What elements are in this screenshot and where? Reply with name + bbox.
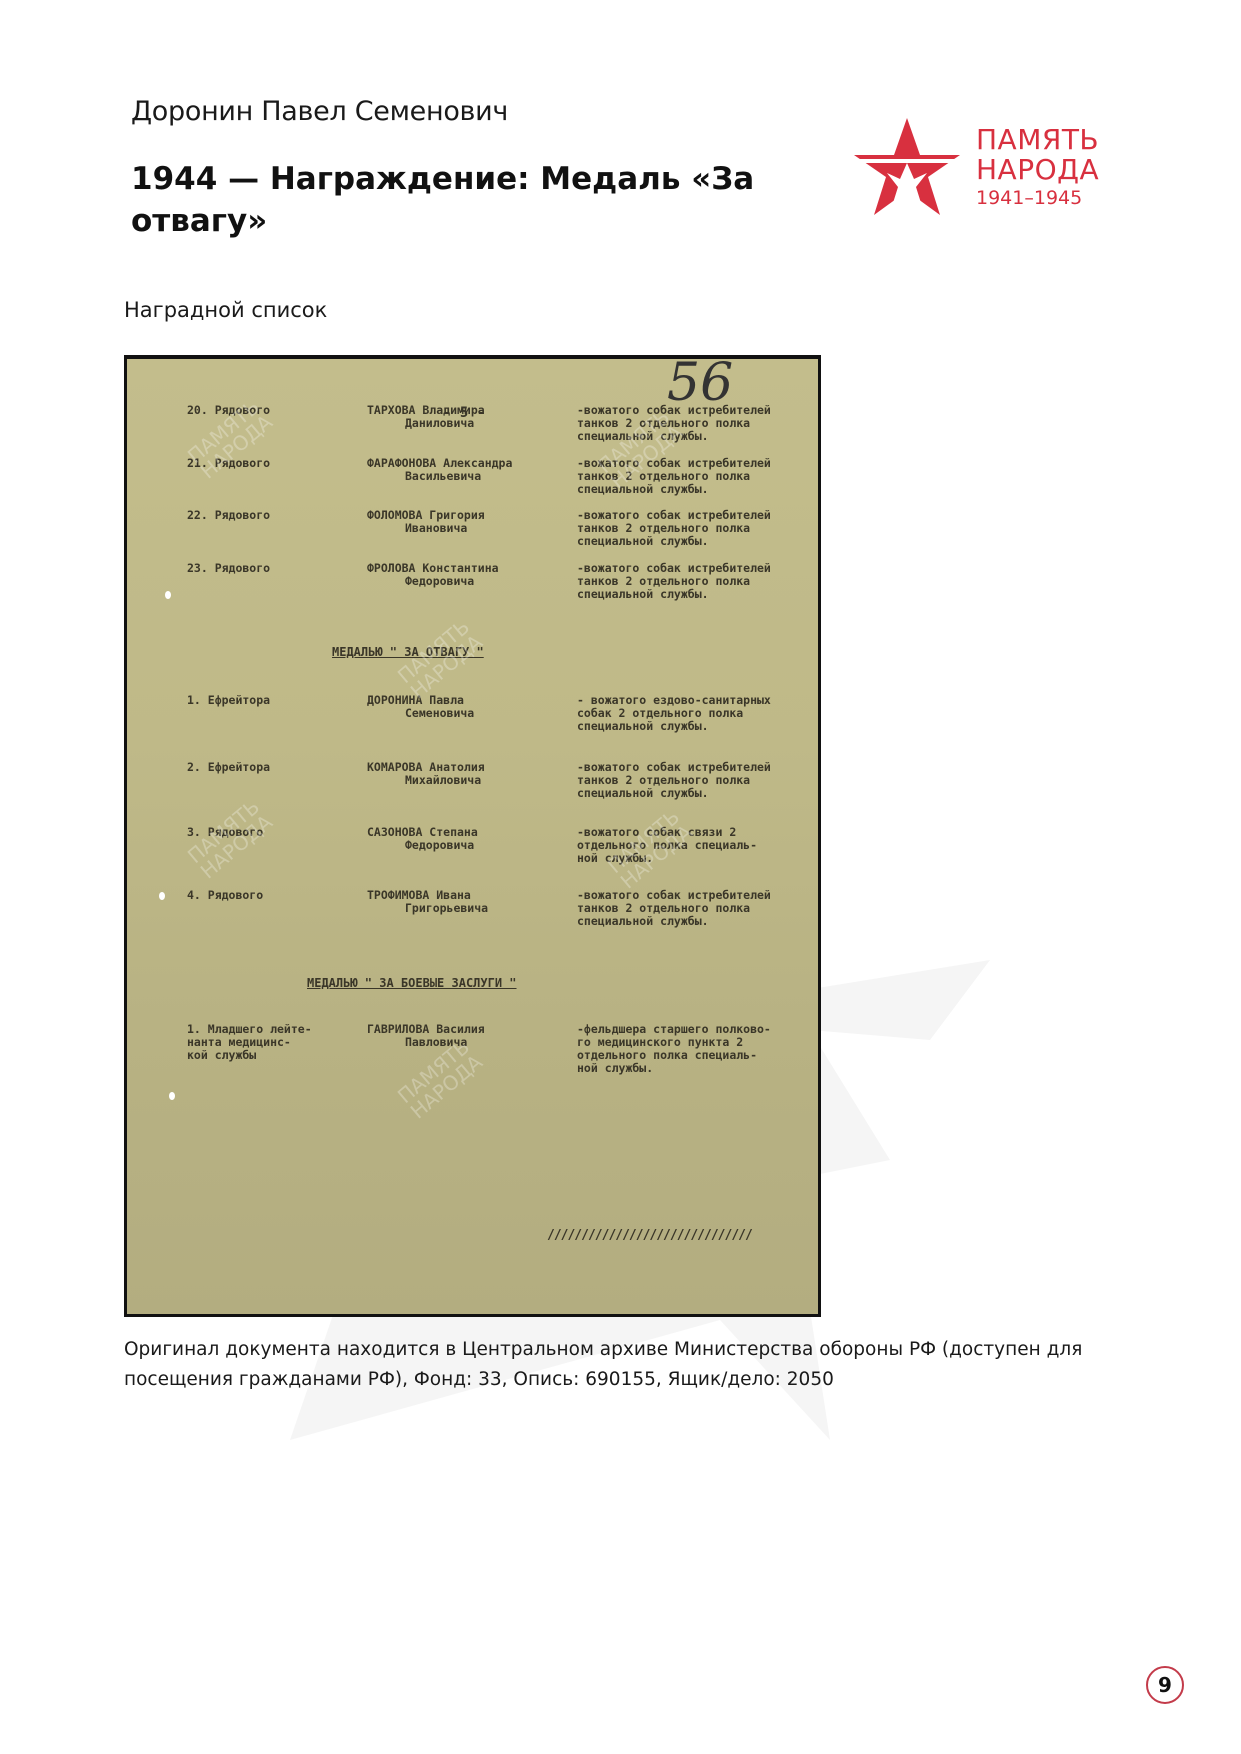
punch-hole: [159, 892, 165, 900]
entry-rank: 4. Рядового: [187, 889, 337, 902]
logo-title-line2: НАРОДА: [976, 155, 1099, 185]
red-star-icon: [852, 115, 962, 220]
entry-full-name: ФАРАФОНОВА АлександраВасильевича: [367, 457, 547, 483]
punch-hole: [165, 591, 171, 599]
handwritten-sheet-number: 56: [667, 377, 733, 390]
person-name: Доронин Павел Семенович: [131, 96, 508, 127]
entry-position: -вожатого собак истребителейтанков 2 отд…: [577, 889, 817, 928]
entry-position: -вожатого собак истребителейтанков 2 отд…: [577, 509, 817, 548]
entry-position: -вожатого собак истребителейтанков 2 отд…: [577, 404, 817, 443]
entry-rank: 2. Ефрейтора: [187, 761, 337, 774]
logo-years: 1941–1945: [976, 185, 1099, 211]
entry-full-name: ФРОЛОВА КонстантинаФедоровича: [367, 562, 547, 588]
entry-full-name: ФОЛОМОВА ГригорияИвановича: [367, 509, 547, 535]
scan-watermark: ПАМЯТЬНАРОДА: [394, 616, 485, 702]
entry-position: -вожатого собак истребителейтанков 2 отд…: [577, 562, 817, 601]
pamyat-naroda-logo[interactable]: ПАМЯТЬ НАРОДА 1941–1945: [852, 115, 1132, 225]
entry-rank: 1. Ефрейтора: [187, 694, 337, 707]
entry-position: -фельдшера старшего полково-го медицинск…: [577, 1023, 817, 1075]
section-heading-merit: МЕДАЛЬЮ " ЗА БОЕВЫЕ ЗАСЛУГИ ": [307, 977, 517, 990]
entry-full-name: КОМАРОВА АнатолияМихайловича: [367, 761, 547, 787]
entry-full-name: ТРОФИМОВА ИванаГригорьевича: [367, 889, 547, 915]
logo-title-line1: ПАМЯТЬ: [976, 125, 1099, 155]
award-title: 1944 — Награждение: Медаль «За отвагу»: [131, 158, 811, 242]
page-number-badge: 9: [1146, 1666, 1184, 1704]
entry-full-name: ДОРОНИНА ПавлаСеменовича: [367, 694, 547, 720]
entry-full-name: САЗОНОВА СтепанаФедоровича: [367, 826, 547, 852]
scan-watermark: ПАМЯТЬНАРОДА: [604, 806, 695, 892]
scan-watermark: ПАМЯТЬНАРОДА: [184, 796, 275, 882]
entry-position: -вожатого собак истребителейтанков 2 отд…: [577, 761, 817, 800]
end-hatch-line: //////////////////////////////: [547, 1229, 752, 1242]
entry-rank: 22. Рядового: [187, 509, 337, 522]
entry-rank: 23. Рядового: [187, 562, 337, 575]
document-type-label: Наградной список: [124, 298, 327, 322]
archive-source-caption: Оригинал документа находится в Центральн…: [124, 1335, 1114, 1395]
punch-hole: [169, 1092, 175, 1100]
entry-position: - вожатого ездово-санитарныхсобак 2 отде…: [577, 694, 817, 733]
award-list-scan-image: - 5 - 56 МЕДАЛЬЮ " ЗА ОТВАГУ " МЕДАЛЬЮ "…: [124, 355, 821, 1317]
entry-rank: 1. Младшего лейте-нанта медицинс-кой слу…: [187, 1023, 337, 1062]
entry-full-name: ТАРХОВА ВладимираДаниловича: [367, 404, 547, 430]
